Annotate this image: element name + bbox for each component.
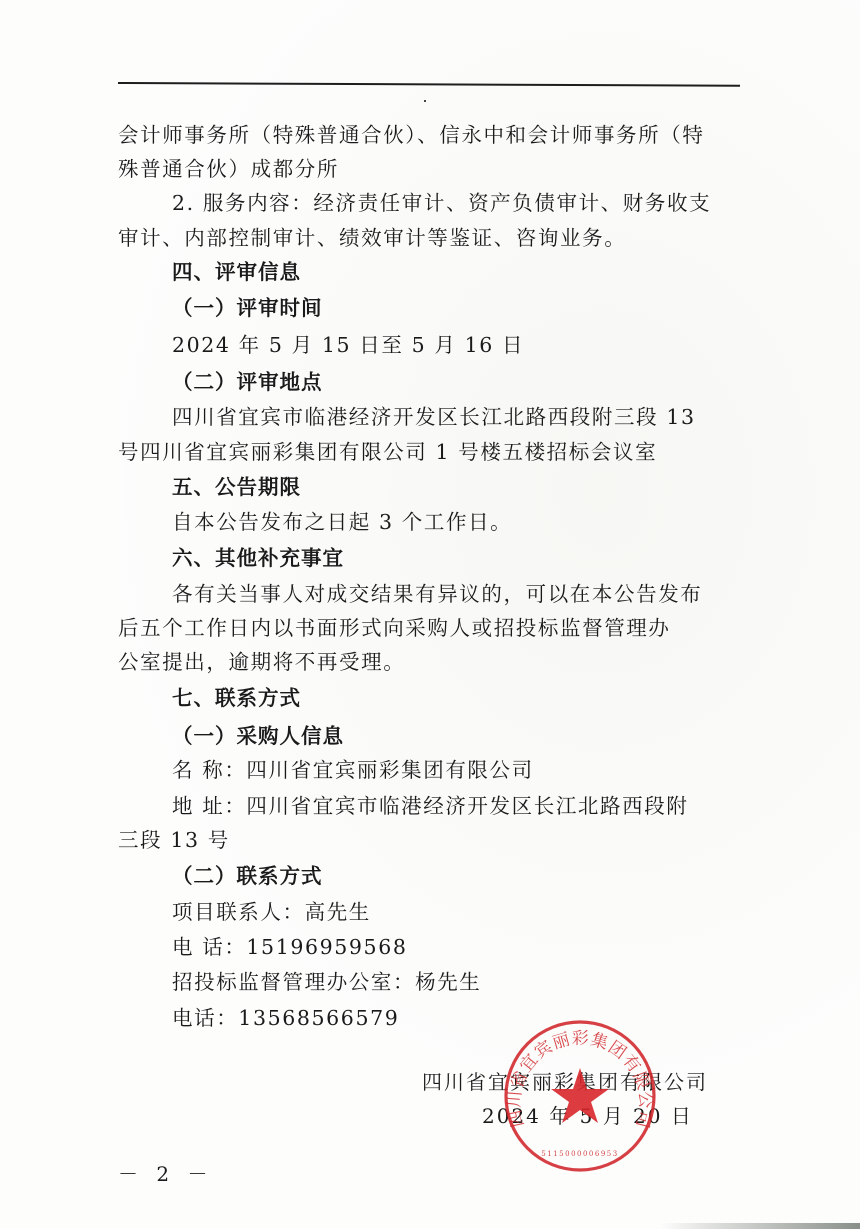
paragraph-line: 各有关当事人对成交结果有异议的，可以在本公告发布	[172, 580, 792, 608]
section-heading-notice-period: 五、公告期限	[172, 473, 792, 501]
purchaser-address: 三段 13 号	[118, 826, 738, 854]
company-seal-icon: 四川省宜宾丽彩集团有限公司 5115000006953	[500, 1018, 660, 1174]
scan-speck	[424, 100, 426, 102]
signature-organization: 四川省宜宾丽彩集团有限公司	[422, 1068, 708, 1096]
paragraph-line: 会计师事务所（特殊普通合伙）、信永中和会计师事务所（特	[118, 121, 738, 149]
purchaser-address: 地 址：四川省宜宾市临港经济开发区长江北路西段附	[172, 792, 792, 820]
supervision-office-contact: 招投标监督管理办公室：杨先生	[172, 968, 792, 996]
project-contact-phone: 电 话：15196959568	[172, 933, 792, 961]
purchaser-name: 名 称：四川省宜宾丽彩集团有限公司	[172, 756, 792, 784]
subheading-purchaser-info: （一）采购人信息	[172, 722, 792, 750]
notice-period-value: 自本公告发布之日起 3 个工作日。	[172, 508, 792, 536]
paragraph-line: 2. 服务内容：经济责任审计、资产负债审计、财务收支	[172, 189, 792, 217]
project-contact: 项目联系人：高先生	[172, 898, 792, 926]
subheading-contact-methods: （二）联系方式	[172, 862, 792, 890]
subheading-review-time: （一）评审时间	[172, 294, 792, 322]
subheading-review-location: （二）评审地点	[172, 368, 792, 396]
paragraph-line: 公室提出，逾期将不再受理。	[118, 648, 738, 676]
scan-edge-shadow	[660, 1223, 860, 1229]
header-rule	[118, 82, 740, 87]
paragraph-line: 后五个工作日内以书面形式向采购人或招投标监督管理办	[118, 614, 738, 642]
paragraph-line: 审计、内部控制审计、绩效审计等鉴证、咨询业务。	[118, 224, 738, 252]
review-location-line: 号四川省宜宾丽彩集团有限公司 1 号楼五楼招标会议室	[118, 438, 738, 466]
supervision-office-phone: 电话：13568566579	[172, 1004, 792, 1032]
page-number: － 2 －	[118, 1158, 213, 1187]
review-location-line: 四川省宜宾市临港经济开发区长江北路西段附三段 13	[172, 403, 792, 431]
svg-text:5115000006953: 5115000006953	[541, 1150, 618, 1158]
section-heading-review-info: 四、评审信息	[172, 258, 792, 286]
paragraph-line: 殊普通合伙）成都分所	[118, 155, 738, 183]
review-time-value: 2024 年 5 月 15 日至 5 月 16 日	[172, 331, 792, 359]
section-heading-contact: 七、联系方式	[172, 684, 792, 712]
section-heading-supplementary: 六、其他补充事宜	[172, 544, 792, 572]
signature-date: 2024 年 5 月 20 日	[482, 1102, 693, 1130]
